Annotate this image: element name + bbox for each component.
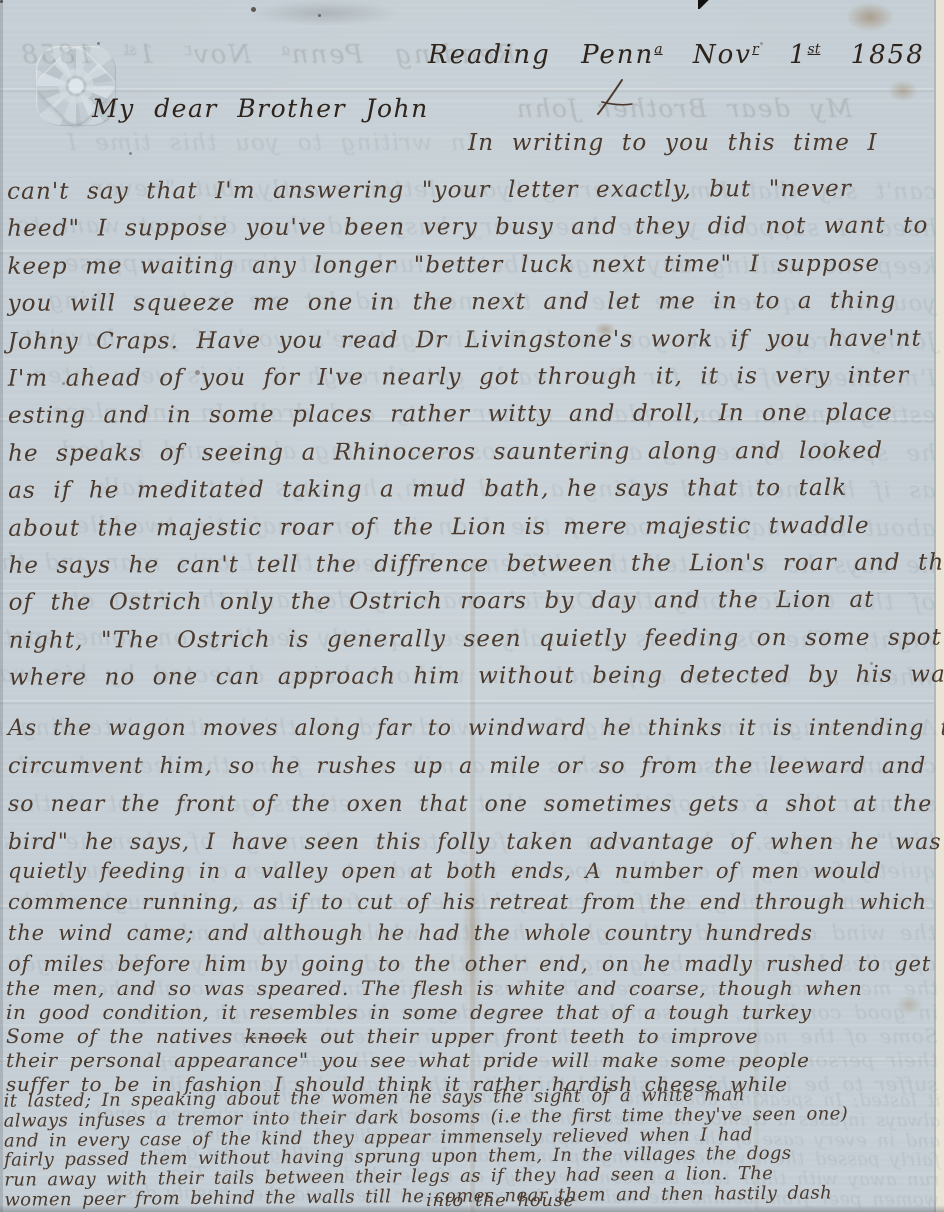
letter-line: the wind came; and although he had the w… [8,918,944,949]
dateline-place: Reading Penn [428,40,654,70]
letter-line: in good condition, it resembles in some … [6,1000,862,1024]
letter-line: about the majestic roar of the Lion is m… [8,507,944,548]
letter-line: he says he can't tell the diffrence betw… [8,544,944,585]
letter-line: their personal appearance" you see what … [6,1048,862,1072]
letter-body-block-4: the men, and so was speared. The flesh i… [6,976,862,1096]
letter-line: of the Ostrich only the Ostrich roars by… [9,582,944,623]
letter-page: Reading Penna Novr 1st 1858 My dear Brot… [0,0,944,1212]
dateline-sup: r [752,41,759,57]
dateline-sup: a [654,41,662,57]
letter-line: As the wagon moves along far to windward… [8,710,944,748]
letter-body-block-3: quietly feeding in a valley open at both… [8,856,944,980]
opening-line: In writing to you this time I [468,130,878,156]
closing-line: into the house [426,1190,575,1211]
letter-line: you will squeeze me one in the next and … [7,282,944,323]
letter-line: commence running, as if to cut of his re… [8,887,944,918]
dateline-sup: st [808,41,821,57]
dateline-day: 1 [789,40,808,70]
salutation: My dear Brother John [92,94,429,123]
letter-line: so near the front of the oxen that one s… [8,786,944,824]
letter-body-block-2: As the wagon moves along far to windward… [8,710,944,862]
letter-line: heed" I suppose you've been very busy an… [7,208,944,249]
letter-line: keep me waiting any longer "better luck … [7,245,944,286]
letter-line: Some of the natives k̶n̶o̶c̶k̶ out their… [6,1024,862,1048]
dateline: Reading Penna Novr 1st 1858 [428,40,925,70]
letter-line: quietly feeding in a valley open at both… [8,856,944,887]
pen-flourish-icon [592,78,638,118]
letter-line: circumvent him, so he rushes up a mile o… [8,748,944,786]
letter-line: I'm ahead of you for I've nearly got thr… [8,357,944,398]
letter-line: he speaks of seeing a Rhinoceros saunter… [8,432,944,473]
handwriting-layer: Reading Penna Novr 1st 1858 My dear Brot… [0,0,944,1212]
letter-line: as if he meditated taking a mud bath, he… [8,469,944,510]
letter-body-block-1: can't say that I'm answering "your lette… [7,170,944,697]
dateline-year: 1858 [851,40,925,70]
letter-line: where no one can approach him without be… [9,656,944,697]
dateline-month: Nov [693,40,752,70]
letter-line: night, "The Ostrich is generally seen qu… [9,619,944,660]
letter-line: can't say that I'm answering "your lette… [7,170,944,211]
letter-line: esting and in some places rather witty a… [8,395,944,436]
letter-line: the men, and so was speared. The flesh i… [6,976,862,1000]
letter-line: Johny Craps. Have you read Dr Livingston… [8,320,944,361]
